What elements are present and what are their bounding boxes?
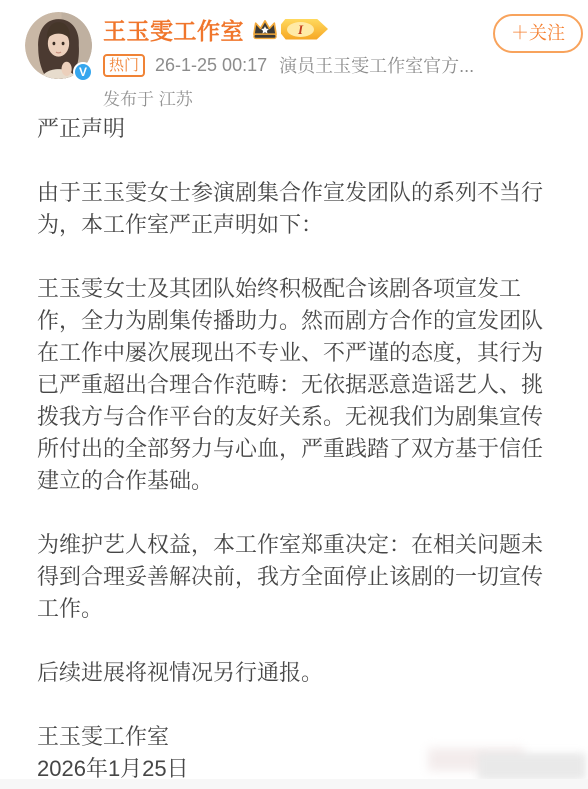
weibo-post-card: V 王玉雯工作室 I 热门 26-1-25 00: [0,0,588,789]
vip-level-text: I [287,21,314,38]
post-paragraph: 后续进展将视情况另行通报。 [37,657,551,689]
crown-icon [251,17,279,41]
verified-icon: V [73,62,93,82]
follow-button[interactable]: ＋关注 [493,14,583,53]
avatar[interactable]: V [25,12,92,79]
post-location: 发布于 江苏 [103,85,563,110]
post-paragraph: 为维护艺人权益，本工作室郑重决定：在相关问题未得到合理妥善解决前，我方全面停止该… [37,529,551,625]
watermark-blur-gray [478,753,586,780]
vip-level-badge: I [281,19,328,40]
timestamp[interactable]: 26-1-25 00:17 [155,55,267,76]
post-paragraph: 由于王玉雯女士参演剧集合作宣发团队的系列不当行为，本工作室严正声明如下： [37,177,551,241]
hot-badge: 热门 [103,54,145,77]
username[interactable]: 王玉雯工作室 [103,13,244,46]
meta-row: 热门 26-1-25 00:17 演员王玉雯工作室官方... [103,52,563,78]
statement-title: 严正声明 [37,113,551,145]
post-source[interactable]: 演员王玉雯工作室官方... [279,52,474,78]
bottom-strip [0,779,588,789]
post-content: 严正声明 由于王玉雯女士参演剧集合作宣发团队的系列不当行为，本工作室严正声明如下… [0,104,588,785]
post-paragraph: 王玉雯女士及其团队始终积极配合该剧各项宣发工作，全力为剧集传播助力。然而剧方合作… [37,273,551,497]
post-header: V 王玉雯工作室 I 热门 26-1-25 00: [0,0,588,104]
